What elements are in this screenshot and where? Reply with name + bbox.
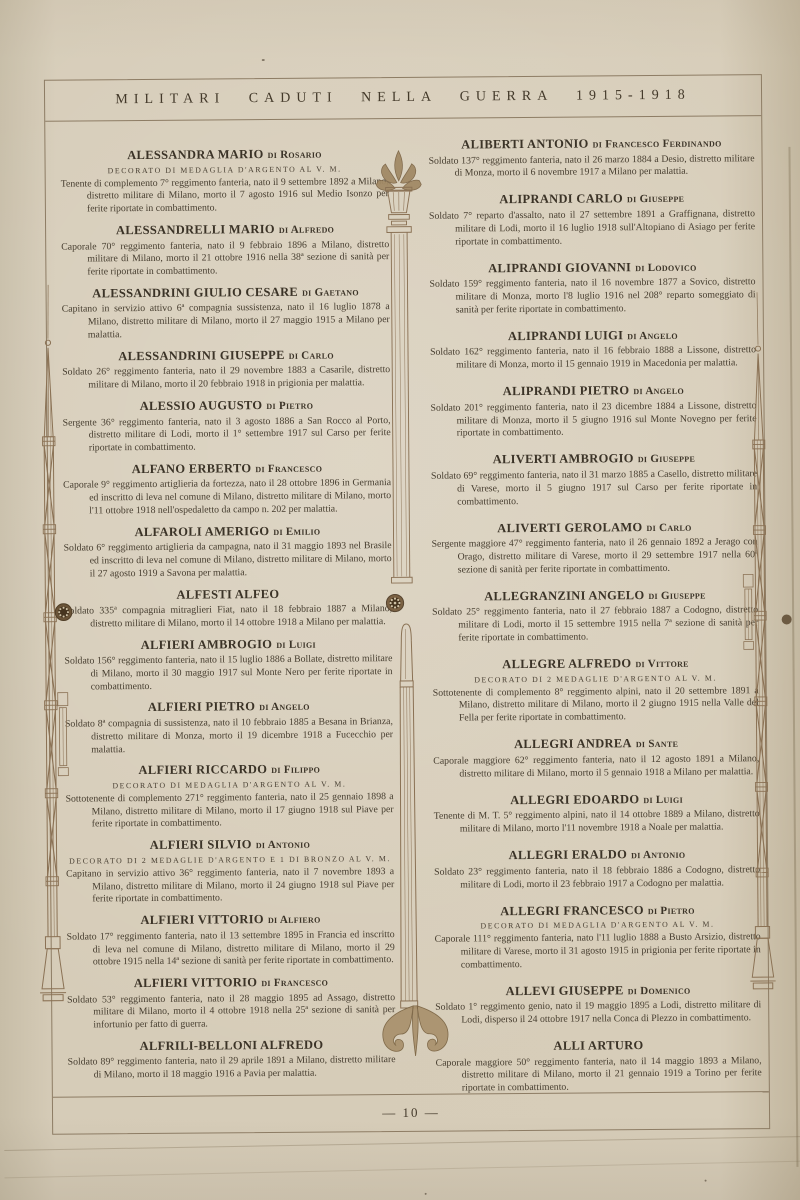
soldier-bio-text: Soldato 23° reggimento fanteria, nato il… <box>434 864 760 892</box>
soldier-entry: ALFIERI RICCARDOdi Filippo DECORATO DI M… <box>65 761 394 831</box>
soldier-name-heading: ALFIERI VITTORIOdi Alfiero <box>66 911 394 928</box>
soldier-bio-text: Capitano in servizio attivo 6ª compagnia… <box>62 302 390 343</box>
soldier-entry: ALFESTI ALFEO Soldato 335ª compagnia mit… <box>64 586 392 631</box>
soldier-father-name: di Filippo <box>271 764 320 776</box>
soldier-bio-text: Caporale 70° reggimento fanteria, nato i… <box>61 239 389 280</box>
medal-decoration-line: DECORATO DI MEDAGLIA D'ARGENTO AL V. M. <box>435 919 761 931</box>
soldier-name-heading: ALESSANDRELLI MARIOdi Alfredo <box>61 221 389 238</box>
soldier-name-heading: ALLEGRI ERALDOdi Antonio <box>434 846 760 863</box>
soldier-name: ALESSANDRELLI MARIO <box>116 222 275 237</box>
footer-band: — 10 — <box>53 1091 769 1134</box>
soldier-name: ALFIERI VITTORIO <box>134 975 258 990</box>
soldier-bio-text: Sottotenente di complemento 8° reggiment… <box>433 685 759 726</box>
soldier-father-name: di Rosario <box>268 149 322 161</box>
soldier-father-name: di Pietro <box>266 400 313 412</box>
soldier-bio-text: Capitano in servizio attivo 36° reggimen… <box>66 866 394 907</box>
soldier-bio-text: Soldato 335ª compagnia mitraglieri Fiat,… <box>64 603 392 631</box>
soldier-name: ALIPRANDI PIETRO <box>503 383 630 398</box>
soldier-name: ALLEVI GIUSEPPE <box>506 983 624 998</box>
soldier-name-heading: ALLI ARTURO <box>435 1037 761 1054</box>
soldier-entry: ALFIERI PIETROdi Angelo Soldato 8ª compa… <box>65 698 393 756</box>
medal-decoration-line: DECORATO DI MEDAGLIA D'ARGENTO AL V. M. <box>61 164 389 176</box>
soldier-name: ALLEGRI ANDREA <box>514 736 632 751</box>
soldier-name-heading: ALIPRANDI LUIGIdi Angelo <box>430 327 756 344</box>
soldier-bio-text: Tenente di complemento 7° reggimento fan… <box>61 176 389 217</box>
soldier-name: ALLI ARTURO <box>553 1038 643 1053</box>
soldier-entry: ALIVERTI AMBROGIOdi Giuseppe Soldato 69°… <box>431 451 757 509</box>
soldier-name: ALLEGRANZINI ANGELO <box>484 588 644 603</box>
soldier-bio-text: Sergente maggiore 47° reggimento fanteri… <box>432 536 758 577</box>
soldier-name-heading: ALESSANDRINI GIUSEPPEdi Carlo <box>62 347 390 364</box>
soldier-father-name: di Francesco <box>255 462 322 475</box>
soldier-father-name: di Angelo <box>259 701 310 713</box>
soldier-bio-text: Soldato 156° reggimento fanteria, nato i… <box>64 653 392 694</box>
medal-decoration-line: DECORATO DI MEDAGLIA D'ARGENTO AL V. M. <box>65 779 393 791</box>
soldier-entry: ALFAROLI AMERIGOdi Emilio Soldato 6° reg… <box>63 523 391 581</box>
soldier-entry: ALIPRANDI PIETROdi Angelo Soldato 201° r… <box>430 382 756 440</box>
soldier-bio-text: Soldato 162° reggimento fanteria, nato i… <box>430 345 756 373</box>
soldier-bio-text: Soldato 89° reggimento fanteria, nato il… <box>68 1054 396 1082</box>
soldier-bio-text: Caporale maggiore 62° reggimento fanteri… <box>433 753 759 781</box>
soldier-name: ALFAROLI AMERIGO <box>134 524 269 539</box>
soldier-name-heading: ALFIERI SILVIOdi Antonio <box>66 836 394 853</box>
soldier-entry: ALIBERTI ANTONIOdi Francesco Ferdinando … <box>428 135 754 181</box>
soldier-entry: ALLEGRANZINI ANGELOdi Giuseppe Soldato 2… <box>432 587 758 645</box>
page-edge-bottom-line <box>4 1136 800 1151</box>
soldier-name-heading: ALFAROLI AMERIGOdi Emilio <box>63 523 391 540</box>
soldier-entry: ALLEGRI FRANCESCOdi Pietro DECORATO DI M… <box>434 902 761 972</box>
soldier-bio-text: Soldato 25° reggimento fanteria, nato il… <box>432 605 758 646</box>
title-band: MILITARI CADUTI NELLA GUERRA 1915-1918 <box>45 75 761 122</box>
soldier-bio-text: Soldato 159° reggimento fanteria, nato i… <box>429 276 755 317</box>
soldier-entry: ALIPRANDI LUIGIdi Angelo Soldato 162° re… <box>430 327 756 373</box>
soldier-name: ALIBERTI ANTONIO <box>461 137 589 152</box>
soldier-name-heading: ALFIERI PIETROdi Angelo <box>65 698 393 715</box>
soldier-entry: ALESSANDRELLI MARIOdi Alfredo Caporale 7… <box>61 221 389 279</box>
soldier-bio-text: Soldato 69° reggimento fanteria, nato il… <box>431 468 757 509</box>
soldier-name-heading: ALESSANDRINI GIULIO CESAREdi Gaetano <box>62 284 390 301</box>
soldier-name: ALFIERI RICCARDO <box>138 762 267 777</box>
soldier-father-name: di Francesco <box>261 977 328 990</box>
soldier-name-heading: ALIVERTI GEROLAMOdi Carlo <box>431 519 757 536</box>
soldier-name: ALESSANDRINI GIUSEPPE <box>118 348 285 363</box>
soldier-entry: ALIPRANDI CARLOdi Giuseppe Soldato 7° re… <box>429 191 755 249</box>
page-number: — 10 — <box>382 1105 440 1121</box>
soldier-name-heading: ALESSANDRA MARIOdi Rosario <box>60 146 388 163</box>
soldier-entry: ALESSANDRA MARIOdi Rosario DECORATO DI M… <box>60 146 389 216</box>
soldier-entry: ALLEGRE ALFREDOdi Vittore DECORATO DI 2 … <box>432 655 759 725</box>
soldier-name-heading: ALLEGRI ANDREAdi Sante <box>433 735 759 752</box>
right-column: ALIBERTI ANTONIOdi Francesco Ferdinando … <box>428 135 762 1096</box>
medal-decoration-line: DECORATO DI 2 MEDAGLIE D'ARGENTO AL V. M… <box>433 673 759 685</box>
soldier-father-name: di Alfredo <box>279 223 334 235</box>
soldier-name: ALIVERTI AMBROGIO <box>493 452 634 467</box>
soldier-name: ALESSANDRINI GIULIO CESARE <box>92 285 298 301</box>
soldier-name: ALFIERI VITTORIO <box>140 912 264 927</box>
soldier-entry: ALLEGRI EDOARDOdi Luigi Tenente di M. T.… <box>434 791 760 837</box>
soldier-father-name: di Sante <box>636 738 678 750</box>
soldier-name: ALIPRANDI GIOVANNI <box>488 260 631 275</box>
soldier-father-name: di Emilio <box>273 525 320 537</box>
soldier-name: ALIPRANDI CARLO <box>499 192 623 207</box>
soldier-father-name: di Carlo <box>646 521 691 533</box>
soldier-entry: ALLEVI GIUSEPPEdi Domenico Soldato 1° re… <box>435 982 761 1028</box>
soldier-entry: ALLI ARTURO Caporale maggiore 50° reggim… <box>435 1037 761 1095</box>
soldier-name: ALLEGRI ERALDO <box>509 847 628 862</box>
soldier-father-name: di Francesco Ferdinando <box>593 137 722 150</box>
soldier-name: ALFANO ERBERTO <box>132 461 252 476</box>
soldier-bio-text: Soldato 26° reggimento fanteria, nato il… <box>62 364 390 392</box>
soldier-father-name: di Pietro <box>648 904 695 916</box>
left-column: ALESSANDRA MARIOdi Rosario DECORATO DI M… <box>60 146 395 1083</box>
soldier-name: ALFESTI ALFEO <box>176 587 279 602</box>
edge-medallion-dot-icon <box>781 614 792 625</box>
soldier-name-heading: ALFIERI VITTORIOdi Francesco <box>67 974 395 991</box>
soldier-bio-text: Soldato 53° reggimento fanteria, nato il… <box>67 992 395 1033</box>
soldier-entry: ALIVERTI GEROLAMOdi Carlo Sergente maggi… <box>431 519 757 577</box>
soldier-father-name: di Antonio <box>256 839 310 851</box>
soldier-name-heading: ALFRILI-BELLONI ALFREDO <box>67 1037 395 1054</box>
soldier-bio-text: Soldato 7° reparto d'assalto, nato il 27… <box>429 208 755 249</box>
soldier-bio-text: Tenente di M. T. 5° reggimento alpini, n… <box>434 808 760 836</box>
soldier-name: ALFIERI SILVIO <box>150 837 252 852</box>
soldier-bio-text: Soldato 137° reggimento fanteria, nato i… <box>429 153 755 181</box>
paper-speck <box>705 1180 707 1182</box>
soldier-entry: ALFIERI AMBROGIOdi Luigi Soldato 156° re… <box>64 636 392 694</box>
soldier-name: ALFRILI-BELLONI ALFREDO <box>140 1038 324 1053</box>
soldier-name: ALESSIO AUGUSTO <box>140 398 263 413</box>
soldier-bio-text: Sergente 36° reggimento fanteria, nato i… <box>63 415 391 456</box>
soldier-entry: ALLEGRI ANDREAdi Sante Caporale maggiore… <box>433 735 759 781</box>
page-edge-vertical-line <box>788 147 798 1167</box>
soldier-name: ALESSANDRA MARIO <box>127 147 264 162</box>
soldier-father-name: di Giuseppe <box>627 193 684 205</box>
page-title: MILITARI CADUTI NELLA GUERRA 1915-1918 <box>115 88 690 109</box>
soldier-name: ALIVERTI GEROLAMO <box>497 520 642 535</box>
soldier-name-heading: ALLEGRI FRANCESCOdi Pietro <box>434 902 760 919</box>
scanned-book-page: MILITARI CADUTI NELLA GUERRA 1915-1918 —… <box>0 0 800 1200</box>
soldier-bio-text: Caporale maggiore 50° reggimento fanteri… <box>436 1055 762 1096</box>
soldier-bio-text: Soldato 1° reggimento genio, nato il 19 … <box>435 1000 761 1028</box>
paper-speck <box>425 1193 427 1195</box>
soldier-father-name: di Vittore <box>635 658 688 670</box>
soldier-name-heading: ALLEGRANZINI ANGELOdi Giuseppe <box>432 587 758 604</box>
soldier-name-heading: ALFIERI RICCARDOdi Filippo <box>65 761 393 778</box>
soldier-entry: ALFRILI-BELLONI ALFREDO Soldato 89° regg… <box>67 1037 395 1082</box>
soldier-bio-text: Soldato 17° reggimento fanteria, nato il… <box>67 929 395 970</box>
soldier-name-heading: ALLEGRI EDOARDOdi Luigi <box>434 791 760 808</box>
soldier-name-heading: ALFANO ERBERTOdi Francesco <box>63 460 391 477</box>
soldier-father-name: di Giuseppe <box>638 453 695 465</box>
soldier-name: ALLEGRE ALFREDO <box>502 656 631 671</box>
soldier-name-heading: ALESSIO AUGUSTOdi Pietro <box>62 397 390 414</box>
soldier-entry: ALLEGRI ERALDOdi Antonio Soldato 23° reg… <box>434 846 760 892</box>
paper-speck <box>262 59 265 61</box>
soldier-bio-text: Soldato 8ª compagnia di sussistenza, nat… <box>65 716 393 757</box>
soldier-entry: ALFIERI VITTORIOdi Francesco Soldato 53°… <box>67 974 395 1032</box>
soldier-name-heading: ALFIERI AMBROGIOdi Luigi <box>64 636 392 653</box>
soldier-entry: ALFANO ERBERTOdi Francesco Caporale 9° r… <box>63 460 391 518</box>
soldier-name: ALLEGRI FRANCESCO <box>500 903 644 918</box>
soldier-name: ALIPRANDI LUIGI <box>508 328 623 343</box>
soldier-entry: ALESSIO AUGUSTOdi Pietro Sergente 36° re… <box>62 397 390 455</box>
soldier-name: ALFIERI AMBROGIO <box>141 637 273 652</box>
soldier-name-heading: ALLEVI GIUSEPPEdi Domenico <box>435 982 761 999</box>
soldier-name-heading: ALIBERTI ANTONIOdi Francesco Ferdinando <box>428 135 754 152</box>
soldier-father-name: di Angelo <box>627 330 678 342</box>
soldier-father-name: di Alfiero <box>268 914 321 926</box>
soldier-father-name: di Luigi <box>276 638 316 650</box>
soldier-name-heading: ALIPRANDI CARLOdi Giuseppe <box>429 191 755 208</box>
page-edge-bottom-line-2 <box>5 1161 800 1179</box>
soldier-name-heading: ALIVERTI AMBROGIOdi Giuseppe <box>431 451 757 468</box>
soldier-father-name: di Lodovico <box>635 261 696 273</box>
soldier-name: ALLEGRI EDOARDO <box>510 792 639 807</box>
soldier-bio-text: Soldato 6° reggimento artiglieria da cam… <box>64 540 392 581</box>
soldier-father-name: di Domenico <box>628 984 691 996</box>
soldier-name: ALFIERI PIETRO <box>148 700 255 715</box>
soldier-entry: ALESSANDRINI GIUSEPPEdi Carlo Soldato 26… <box>62 347 390 393</box>
soldier-father-name: di Carlo <box>289 349 334 361</box>
soldier-bio-text: Soldato 201° reggimento fanteria, nato i… <box>430 400 756 441</box>
soldier-name-heading: ALIPRANDI PIETROdi Angelo <box>430 382 756 399</box>
soldier-father-name: di Gaetano <box>302 286 359 298</box>
soldier-bio-text: Sottotenente di complemento 271° reggime… <box>66 791 394 832</box>
soldier-name-heading: ALIPRANDI GIOVANNIdi Lodovico <box>429 259 755 276</box>
soldier-bio-text: Caporale 111° reggimento fanteria, nato … <box>435 931 761 972</box>
soldier-entry: ALFIERI VITTORIOdi Alfiero Soldato 17° r… <box>66 911 394 969</box>
soldier-name-heading: ALFESTI ALFEO <box>64 586 392 603</box>
soldier-name-heading: ALLEGRE ALFREDOdi Vittore <box>432 655 758 672</box>
soldier-father-name: di Giuseppe <box>648 589 705 601</box>
soldier-bio-text: Caporale 9° reggimento artiglieria da fo… <box>63 478 391 519</box>
soldier-entry: ALFIERI SILVIOdi Antonio DECORATO DI 2 M… <box>66 836 395 906</box>
soldier-entry: ALESSANDRINI GIULIO CESAREdi Gaetano Cap… <box>62 284 390 342</box>
soldier-father-name: di Antonio <box>631 849 685 861</box>
soldier-father-name: di Luigi <box>643 793 683 805</box>
medal-decoration-line: DECORATO DI 2 MEDAGLIE D'ARGENTO E 1 DI … <box>66 854 394 866</box>
soldier-father-name: di Angelo <box>633 385 684 397</box>
soldier-entry: ALIPRANDI GIOVANNIdi Lodovico Soldato 15… <box>429 259 755 317</box>
